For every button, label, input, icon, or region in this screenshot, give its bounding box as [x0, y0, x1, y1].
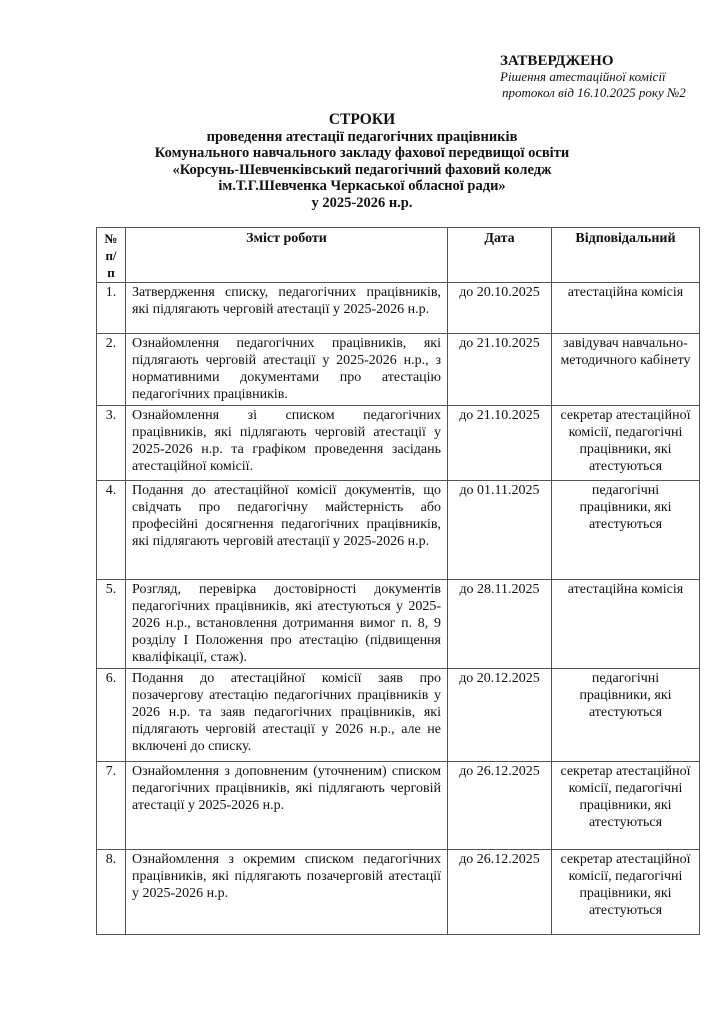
row-number: 7. [97, 761, 126, 849]
row-content: Затвердження списку, педагогічних праців… [126, 282, 448, 333]
row-content: Подання до атестаційної комісії заяв про… [126, 668, 448, 761]
row-date: до 26.12.2025 [448, 849, 552, 934]
table-row: 3. Ознайомлення зі списком педагогічних … [97, 405, 700, 480]
table-row: 7. Ознайомлення з доповненим (уточненим)… [97, 761, 700, 849]
table-row: 1. Затвердження списку, педагогічних пра… [97, 282, 700, 333]
row-number: 5. [97, 579, 126, 668]
title-line-2: Комунального навчального закладу фахової… [0, 145, 724, 162]
header-number-symbol: № [104, 231, 117, 246]
row-content: Ознайомлення з доповненим (уточненим) сп… [126, 761, 448, 849]
row-responsible: секретар атестаційної комісії, педагогіч… [552, 761, 700, 849]
row-number: 1. [97, 282, 126, 333]
approval-protocol: протокол від 16.10.2025 року №2 [502, 85, 686, 101]
table-row: 8. Ознайомлення з окремим списком педаго… [97, 849, 700, 934]
row-content: Подання до атестаційної комісії документ… [126, 480, 448, 579]
title-main: СТРОКИ [0, 112, 724, 129]
approval-stamp: ЗАТВЕРДЖЕНО Рішення атестаційної комісії… [500, 53, 686, 101]
row-date: до 21.10.2025 [448, 405, 552, 480]
row-responsible: педагогічні працівники, які атестуються [552, 480, 700, 579]
row-content: Розгляд, перевірка достовірності докумен… [126, 579, 448, 668]
header-date: Дата [448, 228, 552, 283]
title-line-3: «Корсунь-Шевченківський педагогічний фах… [0, 162, 724, 179]
title-line-5: у 2025-2026 н.р. [0, 195, 724, 212]
row-number: 6. [97, 668, 126, 761]
table-row: 5. Розгляд, перевірка достовірності доку… [97, 579, 700, 668]
title-line-4: ім.Т.Г.Шевченка Черкаської обласної ради… [0, 178, 724, 195]
row-content: Ознайомлення педагогічних працівників, я… [126, 333, 448, 405]
row-responsible: атестаційна комісія [552, 579, 700, 668]
row-content: Ознайомлення зі списком педагогічних пра… [126, 405, 448, 480]
row-responsible: секретар атестаційної комісії, педагогіч… [552, 849, 700, 934]
table-row: 4. Подання до атестаційної комісії докум… [97, 480, 700, 579]
row-number: 3. [97, 405, 126, 480]
table-row: 6. Подання до атестаційної комісії заяв … [97, 668, 700, 761]
row-date: до 28.11.2025 [448, 579, 552, 668]
document-title: СТРОКИ проведення атестації педагогічних… [0, 112, 724, 211]
approval-decision: Рішення атестаційної комісії [500, 69, 686, 85]
header-number-abbrev: п/п [105, 248, 116, 280]
row-responsible: секретар атестаційної комісії, педагогіч… [552, 405, 700, 480]
row-content: Ознайомлення з окремим списком педагогіч… [126, 849, 448, 934]
schedule-table: №п/п Зміст роботи Дата Відповідальний 1.… [96, 227, 700, 935]
row-date: до 21.10.2025 [448, 333, 552, 405]
header-responsible: Відповідальний [552, 228, 700, 283]
header-number: №п/п [97, 228, 126, 283]
row-number: 8. [97, 849, 126, 934]
row-responsible: педагогічні працівники, які атестуються [552, 668, 700, 761]
row-number: 4. [97, 480, 126, 579]
row-date: до 01.11.2025 [448, 480, 552, 579]
row-responsible: атестаційна комісія [552, 282, 700, 333]
title-line-1: проведення атестації педагогічних праців… [0, 129, 724, 146]
header-content: Зміст роботи [126, 228, 448, 283]
table-row: 2. Ознайомлення педагогічних працівників… [97, 333, 700, 405]
row-date: до 20.10.2025 [448, 282, 552, 333]
approval-heading: ЗАТВЕРДЖЕНО [500, 53, 686, 69]
table-header-row: №п/п Зміст роботи Дата Відповідальний [97, 228, 700, 283]
row-number: 2. [97, 333, 126, 405]
row-responsible: завідувач навчально-методичного кабінету [552, 333, 700, 405]
row-date: до 26.12.2025 [448, 761, 552, 849]
row-date: до 20.12.2025 [448, 668, 552, 761]
